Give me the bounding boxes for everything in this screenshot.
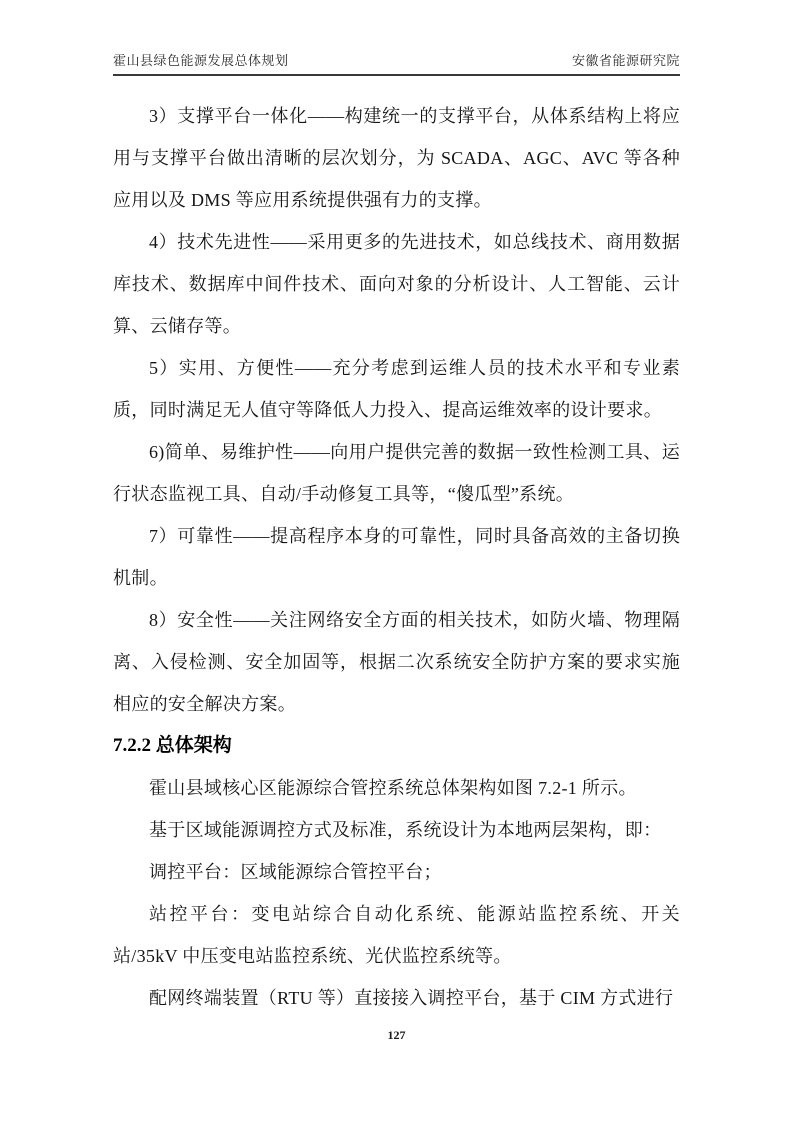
paragraph-dispatch-platform: 调控平台：区域能源综合管控平台；: [113, 851, 680, 893]
header-right-org: 安徽省能源研究院: [572, 50, 680, 69]
paragraph-point-6: 6)简单、易维护性——向用户提供完善的数据一致性检测工具、运行状态监视工具、自动…: [113, 431, 680, 515]
paragraph-rtu-access: 配网终端装置（RTU 等）直接接入调控平台，基于 CIM 方式进行: [113, 977, 680, 1019]
page-header: 霍山县绿色能源发展总体规划 安徽省能源研究院: [113, 50, 680, 76]
document-body: 3）支撑平台一体化——构建统一的支撑平台，从体系结构上将应用与支撑平台做出清晰的…: [113, 95, 680, 1019]
document-page: 霍山县绿色能源发展总体规划 安徽省能源研究院 3）支撑平台一体化——构建统一的支…: [0, 0, 793, 1122]
paragraph-point-8: 8）安全性——关注网络安全方面的相关技术，如防火墙、物理隔离、入侵检测、安全加固…: [113, 599, 680, 725]
paragraph-point-7: 7）可靠性——提高程序本身的可靠性，同时具备高效的主备切换机制。: [113, 515, 680, 599]
page-footer: 127: [0, 1026, 793, 1044]
header-left-title: 霍山县绿色能源发展总体规划: [113, 50, 289, 69]
paragraph-two-layer-design: 基于区域能源调控方式及标准，系统设计为本地两层架构，即：: [113, 809, 680, 851]
paragraph-architecture-intro: 霍山县域核心区能源综合管控系统总体架构如图 7.2-1 所示。: [113, 767, 680, 809]
section-heading-7-2-2: 7.2.2 总体架构: [113, 725, 680, 767]
paragraph-station-platform: 站控平台：变电站综合自动化系统、能源站监控系统、开关站/35kV 中压变电站监控…: [113, 893, 680, 977]
paragraph-point-3: 3）支撑平台一体化——构建统一的支撑平台，从体系结构上将应用与支撑平台做出清晰的…: [113, 95, 680, 221]
paragraph-point-4: 4）技术先进性——采用更多的先进技术，如总线技术、商用数据库技术、数据库中间件技…: [113, 221, 680, 347]
paragraph-point-5: 5）实用、方便性——充分考虑到运维人员的技术水平和专业素质，同时满足无人值守等降…: [113, 347, 680, 431]
page-number: 127: [388, 1028, 406, 1042]
